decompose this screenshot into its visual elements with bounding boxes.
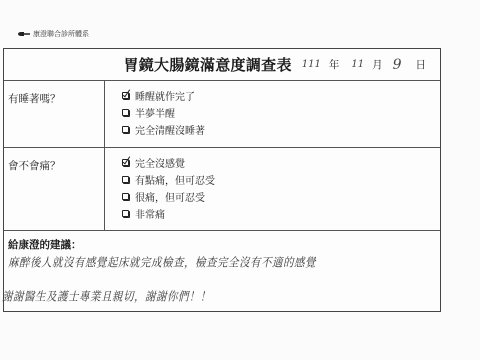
option-item[interactable]: 完全清醒沒睡著 bbox=[122, 121, 205, 138]
survey-form: 胃鏡大腸鏡滿意度調查表 111 年 11 月 9 日 有睡著嗎？ 睡醒就作完了 … bbox=[3, 48, 441, 312]
handwritten-comment-line: 謝謝醫生及護士專業且親切，謝謝你們！！ bbox=[2, 288, 211, 305]
clinic-brand-header: 康澄聯合診所體系 bbox=[18, 29, 89, 39]
options-list: 完全沒感覺 有點痛，但可忍受 很痛，但可忍受 非常痛 bbox=[122, 154, 215, 222]
date-month-value: 11 bbox=[351, 59, 364, 70]
checkbox-checked-icon[interactable] bbox=[122, 92, 129, 99]
form-title: 胃鏡大腸鏡滿意度調查表 bbox=[123, 54, 291, 75]
form-title-row: 胃鏡大腸鏡滿意度調查表 111 年 11 月 9 日 bbox=[4, 49, 440, 81]
checkbox-icon[interactable] bbox=[122, 210, 129, 217]
form-date: 111 年 11 月 9 日 bbox=[298, 57, 426, 73]
date-year-unit: 年 bbox=[329, 57, 340, 72]
checkbox-icon[interactable] bbox=[122, 193, 129, 200]
checkbox-icon[interactable] bbox=[122, 176, 129, 183]
question-label: 會不會痛？ bbox=[8, 158, 61, 173]
column-divider bbox=[104, 148, 105, 230]
option-item[interactable]: 半夢半醒 bbox=[122, 104, 205, 121]
date-month-unit: 月 bbox=[372, 57, 383, 72]
option-item[interactable]: 完全沒感覺 bbox=[122, 154, 215, 171]
question-sleep: 有睡著嗎？ 睡醒就作完了 半夢半醒 完全清醒沒睡著 bbox=[4, 81, 440, 148]
option-label: 很痛，但可忍受 bbox=[135, 189, 205, 204]
question-label: 有睡著嗎？ bbox=[8, 91, 61, 106]
options-list: 睡醒就作完了 半夢半醒 完全清醒沒睡著 bbox=[122, 87, 205, 138]
date-day-value: 9 bbox=[393, 57, 402, 73]
checkbox-icon[interactable] bbox=[122, 109, 129, 116]
date-year-value: 111 bbox=[302, 59, 321, 70]
option-label: 半夢半醒 bbox=[135, 105, 175, 120]
checkbox-checked-icon[interactable] bbox=[122, 159, 129, 166]
comments-section: 給康澄的建議： 麻醉後人就沒有感覺起床就完成檢查，檢查完全沒有不適的感覺 謝謝醫… bbox=[4, 231, 440, 311]
option-item[interactable]: 很痛，但可忍受 bbox=[122, 188, 215, 205]
option-item[interactable]: 非常痛 bbox=[122, 205, 215, 222]
handwritten-comment-line: 麻醉後人就沒有感覺起床就完成檢查，檢查完全沒有不適的感覺 bbox=[8, 254, 316, 271]
option-item[interactable]: 有點痛，但可忍受 bbox=[122, 171, 215, 188]
option-label: 完全沒感覺 bbox=[135, 155, 185, 170]
comments-label: 給康澄的建議： bbox=[8, 237, 82, 252]
option-label: 睡醒就作完了 bbox=[135, 88, 195, 103]
date-day-unit: 日 bbox=[416, 57, 427, 72]
checkbox-icon[interactable] bbox=[122, 126, 129, 133]
column-divider bbox=[104, 81, 105, 147]
option-label: 完全清醒沒睡著 bbox=[135, 122, 205, 137]
brand-logo-icon bbox=[18, 32, 30, 36]
option-item[interactable]: 睡醒就作完了 bbox=[122, 87, 205, 104]
clinic-brand-name: 康澄聯合診所體系 bbox=[33, 29, 89, 39]
option-label: 非常痛 bbox=[135, 206, 165, 221]
question-pain: 會不會痛？ 完全沒感覺 有點痛，但可忍受 很痛，但可忍受 非常痛 bbox=[4, 148, 440, 231]
option-label: 有點痛，但可忍受 bbox=[135, 172, 215, 187]
